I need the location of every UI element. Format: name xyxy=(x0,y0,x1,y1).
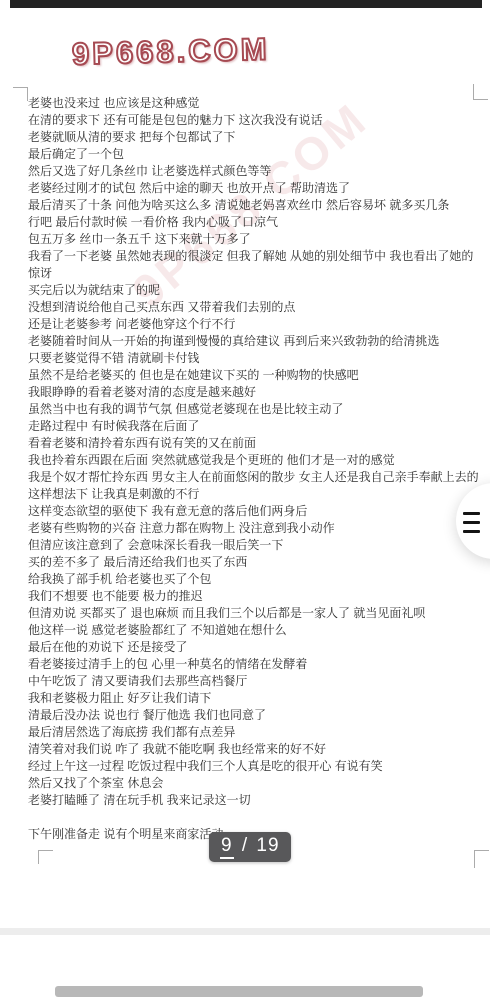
page-indicator-separator: / xyxy=(236,835,255,856)
novel-paragraph: 还是让老婆参考 问老婆他穿这个行不行 xyxy=(28,316,484,333)
novel-paragraph: 行吧 最后付款时候 一看价格 我内心吸了口凉气 xyxy=(28,214,484,231)
page-separator xyxy=(0,928,490,935)
page-corner-mark-top-left xyxy=(13,87,28,101)
novel-paragraph: 走路过程中 有时候我落在后面了 xyxy=(28,418,484,435)
novel-paragraph: 老婆打瞌睡了 清在玩手机 我来记录这一切 xyxy=(28,792,484,809)
novel-paragraph: 最后清居然选了海底捞 我们都有点差异 xyxy=(28,724,484,741)
novel-paragraph: 老婆经过刚才的试包 然后中途的聊天 也放开点了 帮助清选了 xyxy=(28,180,484,197)
novel-paragraph: 虽然不是给老婆买的 但也是在她建议下买的 一种购物的快感吧 xyxy=(28,367,484,384)
novel-paragraph: 这样变态欲望的驱使下 我有意无意的落后他们两身后 xyxy=(28,503,484,520)
novel-paragraph: 他这样一说 感觉老婆脸都红了 不知道她在想什么 xyxy=(28,622,484,639)
novel-paragraph: 清最后没办法 说也行 餐厅他选 我们也同意了 xyxy=(28,707,484,724)
novel-paragraph: 但清劝说 买都买了 退也麻烦 而且我们三个以后都是一家人了 就当见面礼呗 xyxy=(28,605,484,622)
total-page-count: 19 xyxy=(256,835,279,856)
novel-paragraph: 老婆就顺从清的要求 把每个包都试了下 xyxy=(28,129,484,146)
novel-paragraph xyxy=(28,809,484,826)
novel-paragraph: 清笑着对我们说 咋了 我就不能吃啊 我也经常来的好不好 xyxy=(28,741,484,758)
novel-paragraph: 最后确定了一个包 xyxy=(28,146,484,163)
site-watermark-logo: 9P668.COM xyxy=(72,31,270,72)
novel-paragraph: 我眼睁睁的看着老婆对清的态度是越来越好 xyxy=(28,384,484,401)
novel-paragraph: 我是个奴才帮忙拎东西 男女主人在前面悠闲的散步 女主人还是我自己亲手奉献上去的 xyxy=(28,469,484,486)
page-corner-mark-bottom-right xyxy=(474,850,489,868)
novel-paragraph: 包五万多 丝巾一条五千 这下来就十万多了 xyxy=(28,231,484,248)
novel-paragraph: 但清应该注意到了 会意味深长看我一眼后笑一下 xyxy=(28,537,484,554)
novel-paragraph: 买的差不多了 最后清还给我们也买了东西 xyxy=(28,554,484,571)
novel-text-page[interactable]: 老婆也没来过 也应该是这种感觉在清的要求下 还有可能是包包的魅力下 这次我没有说… xyxy=(28,95,484,843)
page-corner-mark-bottom-left xyxy=(38,850,53,864)
novel-paragraph: 我看了一下老婆 虽然她表现的很淡定 但我了解她 从她的别处细节中 我也看出了她的… xyxy=(28,248,484,282)
novel-paragraph: 只要老婆觉得不错 清就刷卡付钱 xyxy=(28,350,484,367)
novel-paragraph: 没想到清说给他自己买点东西 又带着我们去别的点 xyxy=(28,299,484,316)
novel-paragraph: 我们不想要 也不能要 极力的推迟 xyxy=(28,588,484,605)
next-page-content-edge xyxy=(55,986,423,997)
novel-paragraph: 看老婆接过清手上的包 心里一种莫名的情绪在发酵着 xyxy=(28,656,484,673)
novel-paragraph: 然后又找了个茶室 休息会 xyxy=(28,775,484,792)
novel-paragraph: 在清的要求下 还有可能是包包的魅力下 这次我没有说话 xyxy=(28,112,484,129)
previous-page-edge xyxy=(10,0,482,8)
novel-paragraph: 买完后以为就结束了的呢 xyxy=(28,282,484,299)
novel-paragraph: 中午吃饭了 清又要请我们去那些高档餐厅 xyxy=(28,673,484,690)
novel-paragraph: 虽然当中也有我的调节气氛 但感觉老婆现在也是比较主动了 xyxy=(28,401,484,418)
novel-paragraph: 给我换了部手机 给老婆也买了个包 xyxy=(28,571,484,588)
novel-paragraph: 看着老婆和清拎着东西有说有笑的又在前面 xyxy=(28,435,484,452)
novel-paragraph: 我也拎着东西跟在后面 突然就感觉我是个更班的 他们才是一对的感觉 xyxy=(28,452,484,469)
page-indicator-badge: 9 / 19 xyxy=(209,832,291,862)
hamburger-menu-icon[interactable] xyxy=(463,512,480,534)
novel-paragraph: 经过上午这一过程 吃饭过程中我们三个人真是吃的很开心 有说有笑 xyxy=(28,758,484,775)
novel-paragraph: 最后清买了十条 问他为啥买这么多 清说她老妈喜欢丝巾 然后容易坏 就多买几条 xyxy=(28,197,484,214)
current-page-number: 9 xyxy=(220,835,234,859)
novel-paragraph: 老婆也没来过 也应该是这种感觉 xyxy=(28,95,484,112)
novel-paragraph: 老婆随着时间从一开始的拘谨到慢慢的真给建议 再到后来兴致勃勃的给清挑选 xyxy=(28,333,484,350)
novel-paragraph: 这样想法下 让我真是刺激的不行 xyxy=(28,486,484,503)
novel-paragraph: 最后在他的劝说下 还是接受了 xyxy=(28,639,484,656)
novel-paragraph: 然后又选了好几条丝巾 让老婆选样式颜色等等 xyxy=(28,163,484,180)
novel-paragraph: 老婆有些购物的兴奋 注意力都在购物上 没注意到我小动作 xyxy=(28,520,484,537)
novel-paragraph: 我和老婆极力阻止 好歹让我们请下 xyxy=(28,690,484,707)
